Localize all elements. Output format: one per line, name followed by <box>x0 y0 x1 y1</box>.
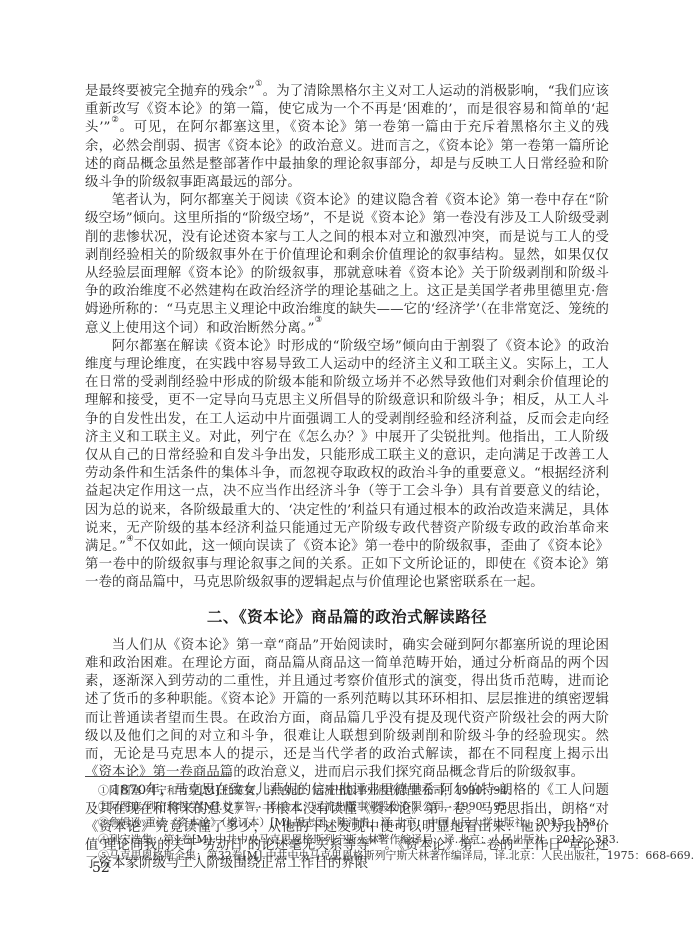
footnotes-section: ①阿图塞.列宁和哲学[M].杜章智，译.台北：远流出版事业股份有限公司，1990… <box>85 776 609 864</box>
footnote-item: ②阿图塞.列宁和哲学[M].杜章智，译.台北：远流出版事业股份有限公司，1990… <box>85 799 609 815</box>
footnote-divider <box>85 776 231 777</box>
body-paragraph: 当人们从《资本论》第一章“商品”开始阅读时，确实会碰到阿尔都塞所说的理论困难和政… <box>85 637 609 783</box>
footnote-list: ①阿图塞.列宁和哲学[M].杜章智，译.台北：远流出版事业股份有限公司，1990… <box>85 783 609 864</box>
footnote-item: ①阿图塞.列宁和哲学[M].杜章智，译.台北：远流出版事业股份有限公司，1990… <box>85 783 609 799</box>
scanned-paper-page: 是最终要被完全抛弃的残余”①。为了清除黑格尔主义对工人运动的消极影响，“我们应该… <box>0 0 700 943</box>
footnote-item: ③詹姆逊.重读《资本论》（增订本）[M].胡志国，陈清贵，译.北京：中国人民大学… <box>85 815 609 831</box>
article-body: 是最终要被完全抛弃的残余”①。为了清除黑格尔主义对工人运动的消极影响，“我们应该… <box>85 83 609 873</box>
body-paragraph-continuation: 是最终要被完全抛弃的残余”①。为了清除黑格尔主义对工人运动的消极影响，“我们应该… <box>85 83 609 192</box>
body-paragraph: 笔者认为，阿尔都塞关于阅读《资本论》的建议隐含着《资本论》第一卷中存在“阶级空场… <box>85 192 609 338</box>
body-paragraph: 阿尔都塞在解读《资本论》时形成的“阶级空场”倾向由于割裂了《资本论》的政治维度与… <box>85 338 609 593</box>
footnote-item: ④列宁选集：第1卷[M].中共中央马克思恩格斯列宁斯大林著作编译局，译.北京：人… <box>85 832 609 848</box>
page-number: 52 <box>92 860 110 876</box>
footnote-item: ⑤马克思恩格斯全集：第32卷[M].中共中央马克思恩格斯列宁斯大林著作编译局，译… <box>85 848 609 864</box>
section-heading: 二、《资本论》商品篇的政治式解读路径 <box>85 607 609 627</box>
